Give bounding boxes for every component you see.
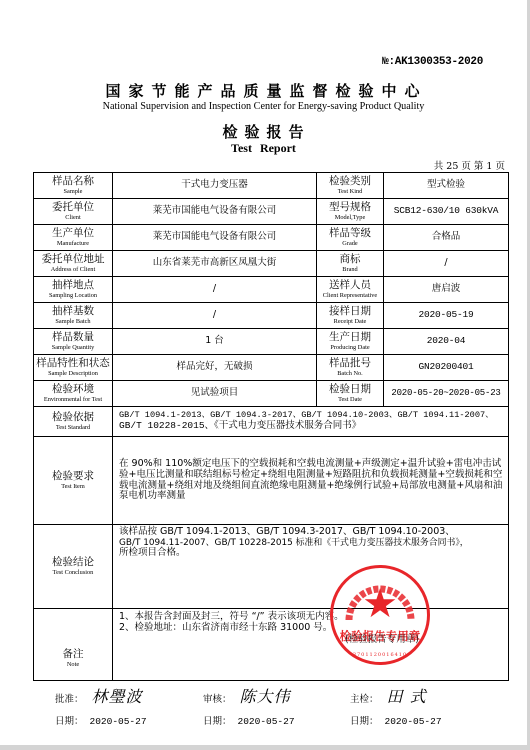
table-row: 委托单位地址Address of Client 山东省莱芜市高新区凤凰大街 商标… [34,251,509,277]
page-count: 共 25 页 第 1 页 [434,158,505,172]
field-label: 型号规格Model,Type [317,199,384,225]
sample-name-value: 干式电力变压器 [113,173,317,199]
field-label: 抽样地点Sampling Location [34,277,113,303]
field-label: 备注Note [34,609,113,681]
reviewer-signature: 审核：陈大伟 [203,684,291,707]
note-value: 1、本报告含封面及封三，符号 “/” 表示该项无内容。 2、检验地址：山东省济南… [113,609,509,681]
table-row-test-item: 检验要求Test Item 在 90%和 110%额定电压下的空载损耗和空载电流… [34,437,509,525]
seal-number: 3701120016410 [333,652,427,658]
report-page: №:AK1300353-2020 国家节能产品质量监督检验中心 National… [0,0,527,745]
sampling-location-value: / [113,277,317,303]
receipt-date-value: 2020-05-19 [384,303,509,329]
manufacturer-value: 莱芜市国能电气设备有限公司 [113,225,317,251]
table-row-standard: 检验依据Test Standard GB/T 1094.1-2013、GB/T … [34,407,509,437]
client-value: 莱芜市国能电气设备有限公司 [113,199,317,225]
inspector-signature: 主检：田 式 [350,684,427,707]
seal-caption: (检验报告专用章) [345,631,419,645]
table-row: 生产单位Manufacture 莱芜市国能电气设备有限公司 样品等级Grade … [34,225,509,251]
field-label: 抽样基数Sample Batch [34,303,113,329]
reviewer-date: 日期：2020-05-27 [203,713,295,727]
table-row: 样品特性和状态Sample Description 样品完好，无破损 样品批号B… [34,355,509,381]
test-kind-value: 型式检验 [384,173,509,199]
field-label: 委托单位地址Address of Client [34,251,113,277]
field-label: 检验依据Test Standard [34,407,113,437]
approver-signature: 批准：林璺波 [55,684,143,707]
reviewer-label: 审核： [203,694,232,705]
table-row-conclusion: 检验结论Test Conclusion 该样品按 GB/T 1094.1-201… [34,525,509,609]
official-seal: ★ 检验报告专用章 3701120016410 [330,565,430,665]
field-label: 检验环境Environmental for Test [34,381,113,407]
field-label: 委托单位Client [34,199,113,225]
model-type-value: SCB12-630/10 630kVA [384,199,509,225]
organization-name-en: National Supervision and Inspection Cent… [0,101,527,112]
field-label: 生产单位Manufacture [34,225,113,251]
batch-number-value: GN20200401 [384,355,509,381]
inspector-date: 日期：2020-05-27 [350,713,442,727]
approver-date: 日期：2020-05-27 [55,713,147,727]
brand-value: / [384,251,509,277]
sample-description-value: 样品完好，无破损 [113,355,317,381]
organization-name-cn: 国家节能产品质量监督检验中心 [0,80,527,101]
field-label: 样品名称Sample [34,173,113,199]
field-label: 接样日期Receipt Date [317,303,384,329]
report-table: 样品名称Sample 干式电力变压器 检验类别Test Kind 型式检验 委托… [33,172,509,681]
field-label: 检验结论Test Conclusion [34,525,113,609]
table-row: 样品名称Sample 干式电力变压器 检验类别Test Kind 型式检验 [34,173,509,199]
approver-name: 林璺波 [92,687,143,706]
field-label: 样品批号Batch No. [317,355,384,381]
report-number: №:AK1300353-2020 [382,56,483,68]
sample-batch-value: / [113,303,317,329]
inspector-label: 主检： [350,694,379,705]
client-representative-value: 唐启波 [384,277,509,303]
table-row: 检验环境Environmental for Test 见试验项目 检验日期Tes… [34,381,509,407]
sample-quantity-value: 1 台 [113,329,317,355]
test-item-value: 在 90%和 110%额定电压下的空载损耗和空载电流测量+声级测定+温升试验+雷… [113,437,509,525]
report-title-cn: 检验报告 [0,121,527,142]
approver-label: 批准： [55,694,84,705]
report-title-en: Test Report [0,141,527,156]
field-label: 商标Brand [317,251,384,277]
table-row: 抽样基数Sample Batch / 接样日期Receipt Date 2020… [34,303,509,329]
producing-date-value: 2020-04 [384,329,509,355]
reviewer-name: 陈大伟 [240,687,291,706]
field-label: 生产日期Producing Date [317,329,384,355]
test-date-value: 2020-05-20~2020-05-23 [384,381,509,407]
table-row-note: 备注Note 1、本报告含封面及封三，符号 “/” 表示该项无内容。 2、检验地… [34,609,509,681]
test-conclusion-value: 该样品按 GB/T 1094.1-2013、GB/T 1094.3-2017、G… [113,525,509,609]
seal-star-icon: ★ [333,584,427,624]
table-row: 委托单位Client 莱芜市国能电气设备有限公司 型号规格Model,Type … [34,199,509,225]
grade-value: 合格品 [384,225,509,251]
field-label: 检验日期Test Date [317,381,384,407]
test-standard-value: GB/T 1094.1-2013、GB/T 1094.3-2017、GB/T 1… [113,407,509,437]
test-environment-value: 见试验项目 [113,381,317,407]
field-label: 检验类别Test Kind [317,173,384,199]
table-row: 样品数量Sample Quantity 1 台 生产日期Producing Da… [34,329,509,355]
field-label: 样品数量Sample Quantity [34,329,113,355]
field-label: 检验要求Test Item [34,437,113,525]
inspector-name: 田 式 [387,687,427,706]
field-label: 样品特性和状态Sample Description [34,355,113,381]
field-label: 送样人员Client Representative [317,277,384,303]
field-label: 样品等级Grade [317,225,384,251]
client-address-value: 山东省莱芜市高新区凤凰大街 [113,251,317,277]
table-row: 抽样地点Sampling Location / 送样人员Client Repre… [34,277,509,303]
